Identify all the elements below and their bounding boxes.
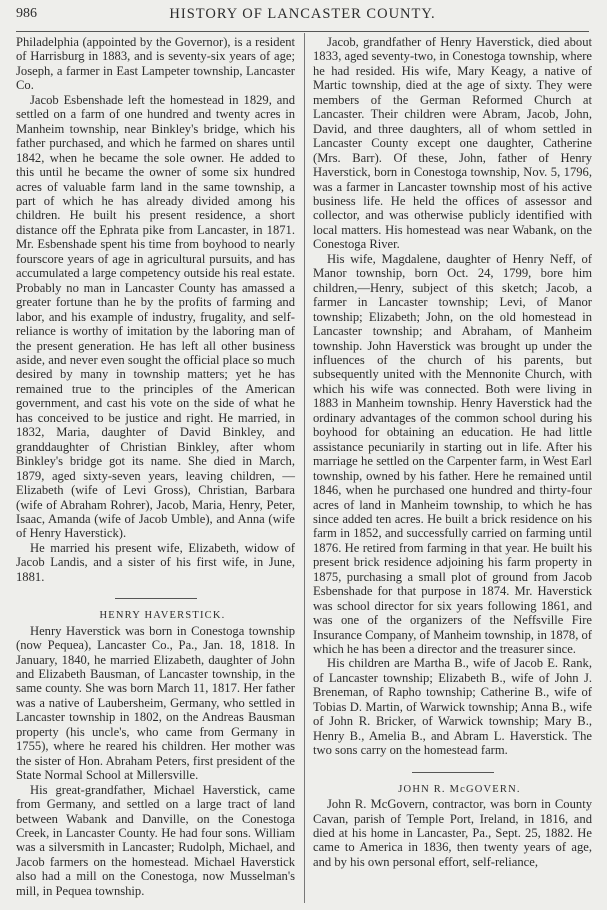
section-title: HENRY HAVERSTICK.	[16, 609, 295, 623]
page-header: 986 HISTORY OF LANCASTER COUNTY.	[16, 4, 589, 26]
section-divider	[115, 598, 197, 599]
right-column: Jacob, grandfather of Henry Haverstick, …	[313, 35, 592, 869]
paragraph: John R. McGovern, contractor, was born i…	[313, 797, 592, 869]
paragraph: His great-grandfather, Michael Haverstic…	[16, 783, 295, 899]
paragraph: Philadelphia (appointed by the Governor)…	[16, 35, 295, 93]
header-rule	[16, 31, 589, 32]
section-title: JOHN R. McGOVERN.	[313, 783, 592, 797]
paragraph: He married his present wife, Elizabeth, …	[16, 541, 295, 584]
paragraph: His wife, Magdalene, daughter of Henry N…	[313, 252, 592, 657]
section-divider	[412, 772, 494, 773]
paragraph: Jacob Esbenshade left the homestead in 1…	[16, 93, 295, 541]
paragraph: His children are Martha B., wife of Jaco…	[313, 656, 592, 757]
column-divider	[304, 33, 305, 903]
running-title: HISTORY OF LANCASTER COUNTY.	[16, 6, 589, 23]
paragraph: Jacob, grandfather of Henry Haverstick, …	[313, 35, 592, 252]
paragraph: Henry Haverstick was born in Conestoga t…	[16, 624, 295, 783]
left-column: Philadelphia (appointed by the Governor)…	[16, 35, 295, 898]
